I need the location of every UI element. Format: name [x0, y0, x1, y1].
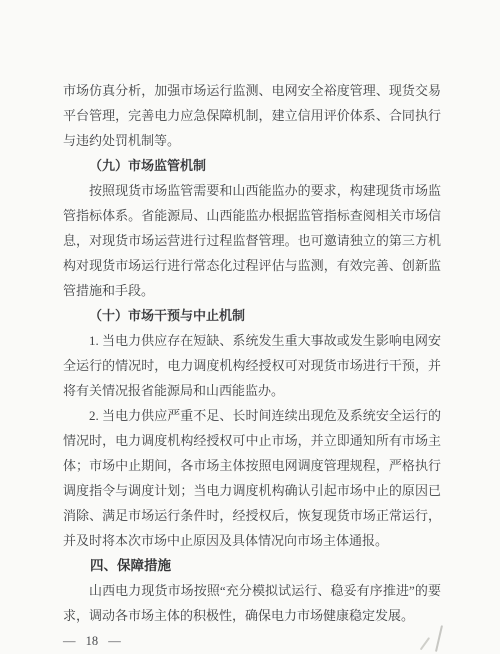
document-page: 市场仿真分析，加强市场运行监测、电网安全裕度管理、现货交易平台管理，完善电力应急…	[0, 0, 500, 654]
chapter-heading-4: 四、保障措施	[63, 553, 441, 578]
page-number: — 18 —	[63, 629, 441, 654]
section-heading-9: （九）市场监管机制	[63, 153, 441, 178]
paragraph: 山西电力现货市场按照“充分模拟试运行、稳妥有序推进”的要求，调动各市场主体的积极…	[63, 578, 441, 628]
document-body: 市场仿真分析，加强市场运行监测、电网安全裕度管理、现货交易平台管理，完善电力应急…	[63, 78, 441, 628]
paragraph-continuation: 市场仿真分析，加强市场运行监测、电网安全裕度管理、现货交易平台管理，完善电力应急…	[63, 78, 441, 153]
paragraph: 按照现货市场监管需要和山西能监办的要求，构建现货市场监管指标体系。省能源局、山西…	[63, 178, 441, 303]
section-heading-10: （十）市场干预与中止机制	[63, 303, 441, 328]
paragraph: 1. 当电力供应存在短缺、系统发生重大事故或发生影响电网安全运行的情况时，电力调…	[63, 328, 441, 403]
paragraph: 2. 当电力供应严重不足、长时间连续出现危及系统安全运行的情况时，电力调度机构经…	[63, 403, 441, 553]
